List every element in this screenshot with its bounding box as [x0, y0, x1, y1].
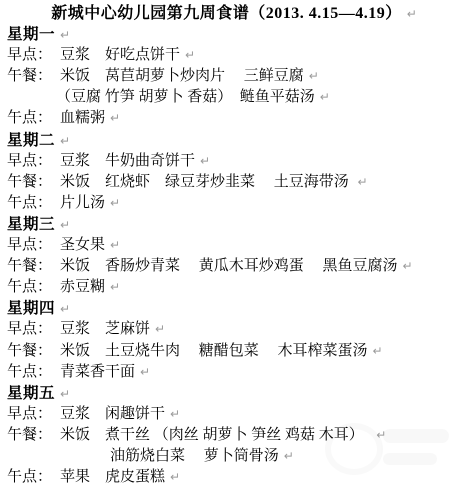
meal-items: 赤豆糊 — [60, 279, 105, 295]
menu-line: 午餐：米饭 莴苣胡萝卜炒肉片 三鲜豆腐↵ — [7, 66, 461, 87]
return-mark-icon: ↵ — [170, 470, 180, 484]
meal-label: 午点： — [7, 469, 52, 485]
menu-line: 午点：片儿汤↵ — [7, 193, 461, 214]
meal-label: 午点： — [7, 279, 52, 295]
return-mark-icon: ↵ — [110, 196, 120, 210]
menu-line: 午餐：米饭 土豆烧牛肉 糖醋包菜 木耳榨菜蛋汤↵ — [7, 341, 461, 362]
meal-items: 青菜香干面 — [60, 364, 135, 380]
meal-label: 午餐： — [7, 174, 52, 190]
meal-items: （豆腐 竹笋 胡萝卜 香菇） 鲢鱼平菇汤 — [56, 89, 315, 105]
return-mark-icon: ↵ — [110, 280, 120, 294]
return-mark-icon: ↵ — [60, 28, 70, 42]
day-name: 星期一 — [7, 26, 55, 43]
meal-label: 午点： — [7, 195, 52, 211]
menu-line: 早点：豆浆 好吃点饼干↵ — [7, 45, 461, 66]
menu-line: 午点：苹果 虎皮蛋糕↵ — [7, 467, 461, 488]
return-mark-icon: ↵ — [60, 387, 70, 401]
meal-label: 早点： — [7, 406, 52, 422]
meal-label: 早点： — [7, 321, 52, 337]
document-page: 新城中心幼儿园第九周食谱（2013. 4.15—4.19）↵ 星期一↵早点：豆浆… — [0, 0, 465, 488]
meal-items: 圣女果 — [60, 237, 105, 253]
return-mark-icon: ↵ — [155, 322, 165, 336]
day-name: 星期四 — [7, 300, 55, 317]
meal-items: 豆浆 闲趣饼干 — [60, 406, 165, 422]
return-mark-icon: ↵ — [200, 154, 210, 168]
return-mark-icon: ↵ — [60, 134, 70, 148]
meal-items: 豆浆 牛奶曲奇饼干 — [60, 153, 195, 169]
return-mark-icon: ↵ — [403, 259, 413, 273]
meal-label: 午餐： — [7, 427, 52, 443]
return-mark-icon: ↵ — [110, 111, 120, 125]
menu-body: 星期一↵早点：豆浆 好吃点饼干↵午餐：米饭 莴苣胡萝卜炒肉片 三鲜豆腐↵（豆腐 … — [7, 24, 461, 488]
day-header: 星期一↵ — [7, 24, 461, 45]
return-mark-icon: ↵ — [407, 7, 417, 21]
meal-label: 早点： — [7, 47, 52, 63]
return-mark-icon: ↵ — [110, 238, 120, 252]
menu-line: 午点：赤豆糊↵ — [7, 277, 461, 298]
meal-items: 米饭 莴苣胡萝卜炒肉片 三鲜豆腐 — [60, 68, 304, 84]
return-mark-icon: ↵ — [185, 48, 195, 62]
return-mark-icon: ↵ — [140, 365, 150, 379]
meal-items: 血糯粥 — [60, 110, 105, 126]
return-mark-icon: ↵ — [358, 175, 368, 189]
meal-items: 米饭 红烧虾 绿豆芽炒韭菜 土豆海带汤 — [60, 174, 353, 190]
day-header: 星期四↵ — [7, 298, 461, 319]
meal-items: 豆浆 好吃点饼干 — [60, 47, 180, 63]
meal-items: 油筋烧白菜 萝卜筒骨汤 — [110, 448, 279, 464]
meal-label: 午点： — [7, 364, 52, 380]
meal-items: 米饭 香肠炒青菜 黄瓜木耳炒鸡蛋 黑鱼豆腐汤 — [60, 258, 398, 274]
menu-line: 午餐：米饭 香肠炒青菜 黄瓜木耳炒鸡蛋 黑鱼豆腐汤↵ — [7, 256, 461, 277]
page-title: 新城中心幼儿园第九周食谱（2013. 4.15—4.19） — [51, 5, 402, 22]
meal-label: 早点： — [7, 237, 52, 253]
menu-line: 早点：豆浆 牛奶曲奇饼干↵ — [7, 151, 461, 172]
return-mark-icon: ↵ — [320, 90, 330, 104]
meal-items: 米饭 土豆烧牛肉 糖醋包菜 木耳榨菜蛋汤 — [60, 343, 368, 359]
return-mark-icon: ↵ — [60, 302, 70, 316]
meal-label: 早点： — [7, 153, 52, 169]
meal-items: 米饭 煮干丝 （肉丝 胡萝卜 笋丝 鸡菇 木耳） — [60, 427, 371, 443]
menu-line: 早点：豆浆 芝麻饼↵ — [7, 319, 461, 340]
meal-label: 午餐： — [7, 258, 52, 274]
meal-items: 豆浆 芝麻饼 — [60, 321, 150, 337]
menu-line: 早点：豆浆 闲趣饼干↵ — [7, 404, 461, 425]
menu-line: （豆腐 竹笋 胡萝卜 香菇） 鲢鱼平菇汤↵ — [7, 87, 461, 108]
return-mark-icon: ↵ — [373, 344, 383, 358]
meal-items: 片儿汤 — [60, 195, 105, 211]
day-name: 星期三 — [7, 216, 55, 233]
day-header: 星期二↵ — [7, 130, 461, 151]
menu-line: 午餐：米饭 红烧虾 绿豆芽炒韭菜 土豆海带汤 ↵ — [7, 172, 461, 193]
meal-label: 午点： — [7, 110, 52, 126]
menu-line: 早点：圣女果↵ — [7, 235, 461, 256]
return-mark-icon: ↵ — [284, 449, 294, 463]
return-mark-icon: ↵ — [60, 218, 70, 232]
return-mark-icon: ↵ — [170, 407, 180, 421]
day-name: 星期二 — [7, 132, 55, 149]
meal-label: 午餐： — [7, 68, 52, 84]
day-name: 星期五 — [7, 385, 55, 402]
day-header: 星期五↵ — [7, 383, 461, 404]
day-header: 星期三↵ — [7, 214, 461, 235]
return-mark-icon: ↵ — [376, 428, 386, 442]
menu-line: 午点：血糯粥↵ — [7, 108, 461, 129]
menu-line: 午点：青菜香干面↵ — [7, 362, 461, 383]
meal-items: 苹果 虎皮蛋糕 — [60, 469, 165, 485]
menu-line: 油筋烧白菜 萝卜筒骨汤↵ — [7, 446, 461, 467]
meal-label: 午餐： — [7, 343, 52, 359]
title-line: 新城中心幼儿园第九周食谱（2013. 4.15—4.19）↵ — [7, 3, 461, 24]
menu-line: 午餐：米饭 煮干丝 （肉丝 胡萝卜 笋丝 鸡菇 木耳） ↵ — [7, 425, 461, 446]
return-mark-icon: ↵ — [309, 69, 319, 83]
